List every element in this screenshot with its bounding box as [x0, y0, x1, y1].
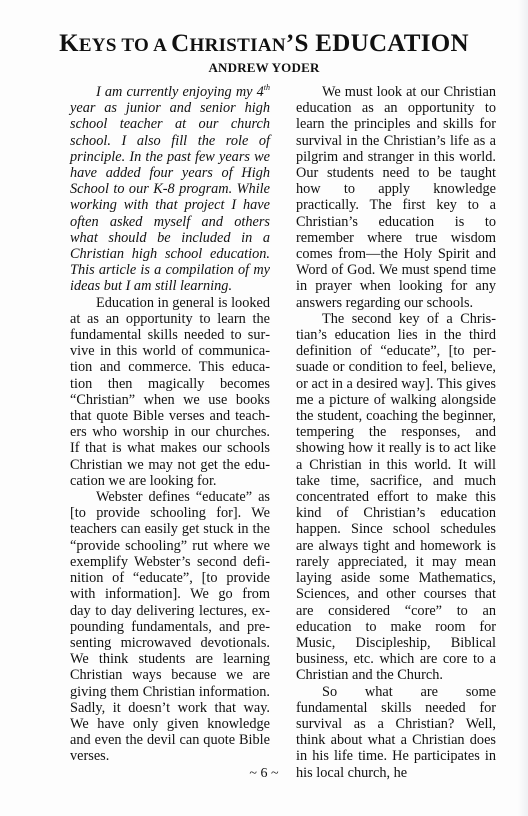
intro-paragraph: I am currently enjoying my 4th year as j… [70, 84, 270, 295]
ordinal-suffix: th [264, 83, 270, 92]
title-text: C [171, 30, 189, 57]
intro-text: year as junior and senior high school te… [70, 100, 270, 294]
right-column: We must look at our Christian education … [296, 84, 496, 781]
title-text: EDUCATION [315, 30, 469, 57]
page-edge-shadow [518, 0, 528, 816]
title-text: K [59, 30, 79, 57]
body-paragraph: The second key of a Chris­tian’s educati… [296, 311, 496, 684]
body-paragraph: Webster defines “educate” as [to provide… [70, 489, 270, 764]
article-title: KEYS TO A CHRISTIAN’S EDUCATION [0, 30, 528, 60]
body-paragraph: We must look at our Christian education … [296, 84, 496, 311]
body-paragraph: Education in general is looked at as an … [70, 295, 270, 489]
intro-text: I am currently enjoying my 4 [96, 84, 264, 100]
title-text: EYS TO A [79, 35, 171, 56]
page-number: ~ 6 ~ [0, 766, 528, 782]
title-text: ’S [286, 30, 315, 57]
title-text: HRISTIAN [190, 35, 286, 56]
article-author: ANDREW YODER [0, 60, 528, 76]
left-column: I am currently enjoying my 4th year as j… [70, 84, 270, 765]
